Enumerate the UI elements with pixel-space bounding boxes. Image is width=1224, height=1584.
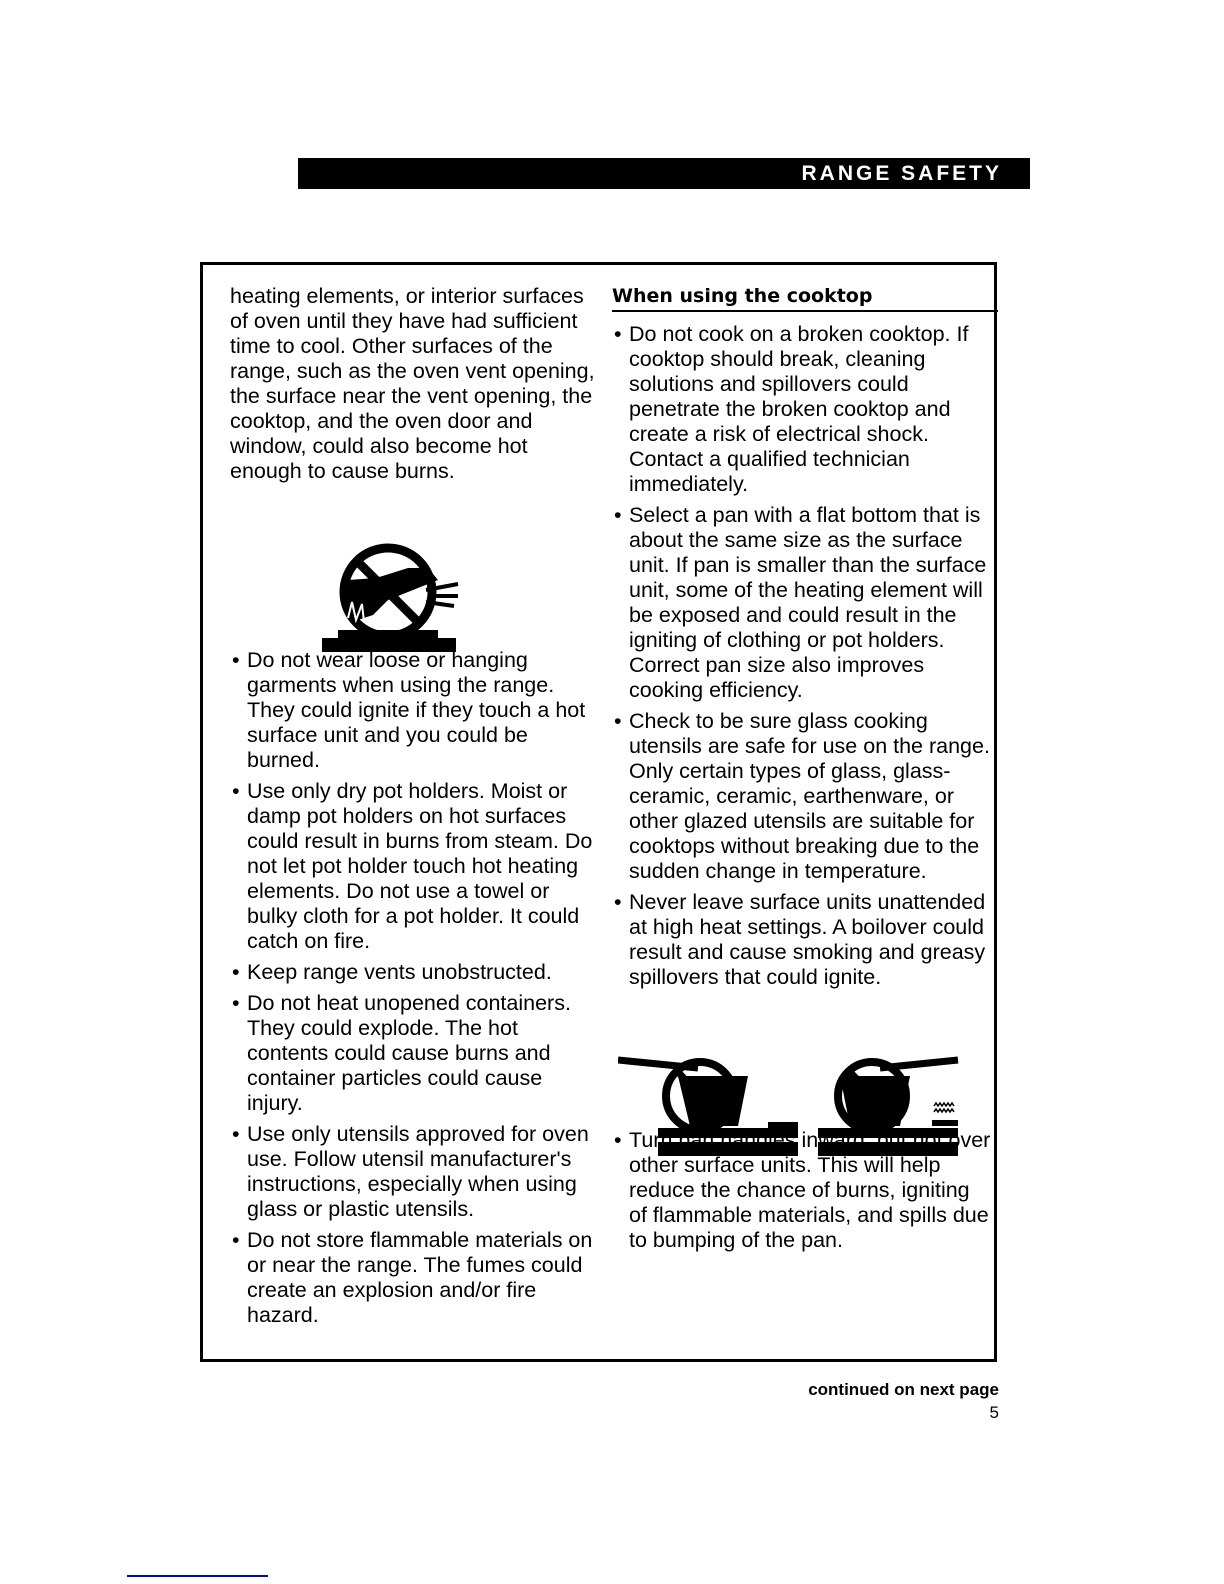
section-title: When using the cooktop <box>612 284 998 312</box>
list-item: •Do not store flammable materials on or … <box>230 1228 600 1328</box>
list-item: •Select a pan with a flat bottom that is… <box>612 503 992 703</box>
list-item: •Never leave surface units unattended at… <box>612 890 992 990</box>
list-item: •Do not wear loose or hanging garments w… <box>230 648 600 773</box>
header-title: RANGE SAFETY <box>801 161 1002 186</box>
no-loose-clothing-icon <box>318 540 460 654</box>
list-item: •Check to be sure glass cooking utensils… <box>612 709 992 884</box>
pan-handle-right-prohibited-icon <box>818 1060 958 1156</box>
list-item: •Do not heat unopened containers. They c… <box>230 991 600 1116</box>
continued-note: continued on next page <box>808 1380 999 1400</box>
list-item: •Use only dry pot holders. Moist or damp… <box>230 779 600 954</box>
pan-handle-left-prohibited-icon <box>618 1060 798 1156</box>
section-header-bar: RANGE SAFETY <box>298 158 1030 189</box>
list-item: •Do not cook on a broken cooktop. If coo… <box>612 322 992 497</box>
list-item: •Use only utensils approved for oven use… <box>230 1122 600 1222</box>
intro-paragraph: heating elements, or interior surfaces o… <box>230 284 600 484</box>
scan-edge-line <box>127 1575 268 1577</box>
pan-handle-outward-prohibited-icons <box>618 1048 963 1158</box>
list-item: •Keep range vents unobstructed. <box>230 960 600 985</box>
page-number: 5 <box>990 1403 999 1423</box>
left-column: heating elements, or interior surfaces o… <box>230 284 600 1334</box>
